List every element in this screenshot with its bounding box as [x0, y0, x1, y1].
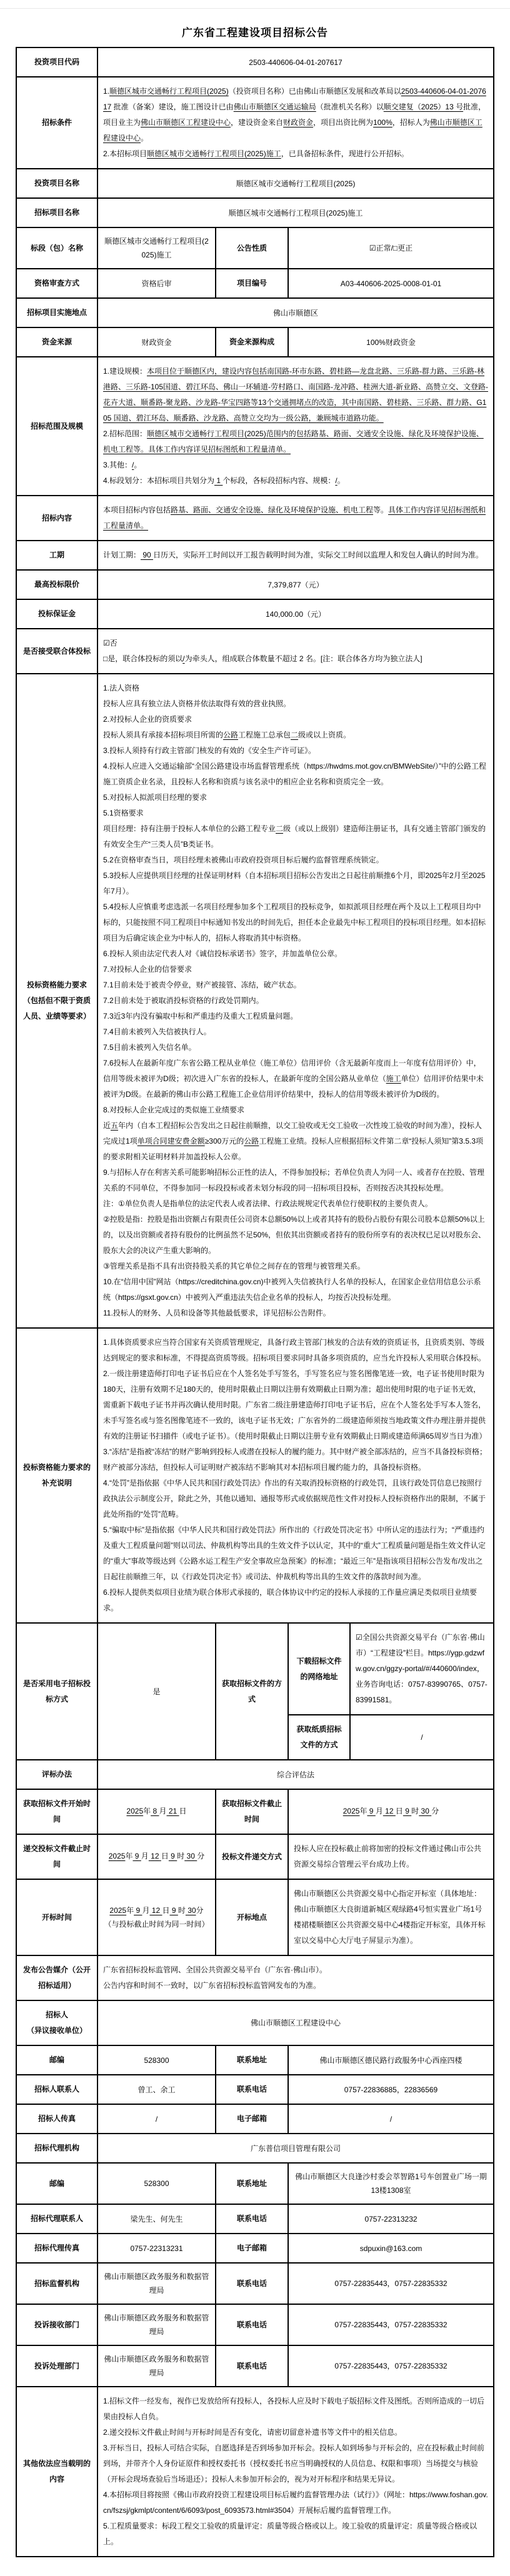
investment-code-label: 投资项目代码: [16, 47, 97, 77]
row-supervisor: 招标监督机构 佛山市顺德区政务服务和数据管理局 联系电话 0757-228354…: [16, 2263, 494, 2304]
section-name-value: 顺德区城市交通畅行工程项目(2025)施工: [97, 227, 216, 269]
qualification-review-label: 资格审查方式: [16, 269, 97, 298]
funding-value: 财政资金: [97, 327, 216, 357]
agency-postcode-value: 528300: [97, 2163, 216, 2204]
agency-email-value: sdpuxin@163.com: [288, 2234, 494, 2263]
location-value: 佛山市顺德区: [97, 298, 494, 327]
tender-announcement-table: 投资项目代码 2503-440606-04-01-207617 招标条件 1.顺…: [16, 47, 494, 2557]
row-max-price: 最高投标限价 7,379,877（元）: [16, 570, 494, 599]
paper-method-value: /: [350, 1715, 494, 1760]
e-bidding-value: 是: [97, 1623, 216, 1760]
agency-value: 广东普信项目管理有限公司: [97, 2134, 494, 2163]
row-funding: 资金来源 财政资金 资金来源构成 100%财政资金: [16, 327, 494, 357]
bid-bond-label: 投标保证金: [16, 599, 97, 629]
agency-fax-label: 招标代理传真: [16, 2234, 97, 2263]
open-place-value: 佛山市顺德区公共资源交易中心指定开标室（具体地址：佛山市顺德区大良街道新城区观绿…: [288, 1879, 494, 1955]
tenderer-email-label: 电子邮箱: [216, 2104, 288, 2134]
row-scope: 招标范围及规模 1.建设规模：本项目位于顺德区内，建设内容包括南国路-环市东路、…: [16, 357, 494, 496]
tenderer-label: 招标人（异议接收单位）: [16, 2000, 97, 2045]
location-label: 招标项目实施地点: [16, 298, 97, 327]
qualification-requirements-label: 投标资格能力要求（包括但不限于资质人员、业绩等要求）: [16, 674, 97, 1328]
tenderer-postcode-label: 邮编: [16, 2045, 97, 2075]
tenderer-fax-label: 招标人传真: [16, 2104, 97, 2134]
row-tender-project-name: 招标项目名称 顺德区城市交通畅行工程项目(2025)施工: [16, 198, 494, 227]
row-consortium: 是否接受联合体投标 ☑否□是，联合体投标的须以/为牵头人，组成联合体数量不超过 …: [16, 629, 494, 674]
complaint-handle-label: 投诉处理部门: [16, 2345, 97, 2387]
obtain-start-label: 获取招标文件开始时间: [16, 1789, 97, 1834]
complaint-receive-label: 投诉接收部门: [16, 2304, 97, 2345]
qualification-requirements-text: 1.法人资格投标人应具有独立法人资格并依法取得有效的营业执照。2.对投标人企业的…: [97, 674, 494, 1328]
tenderer-phone-label: 联系电话: [216, 2075, 288, 2104]
max-price-value: 7,379,877（元）: [97, 570, 494, 599]
media-label: 发布公告媒介（公开招标适用）: [16, 1955, 97, 2000]
supervisor-label: 招标监督机构: [16, 2263, 97, 2304]
complaint-receive-phone-value: 0757-22835443，0757-22835332: [288, 2304, 494, 2345]
supervisor-phone-label: 联系电话: [216, 2263, 288, 2304]
row-complaint-receive: 投诉接收部门 佛山市顺德区政务服务和数据管理局 联系电话 0757-228354…: [16, 2304, 494, 2345]
row-other-content: 其他依法应当载明的内容 1.招标文件一经发布，视作已发放给所有投标人，各投标人应…: [16, 2387, 494, 2557]
row-submit-deadline: 递交投标文件截止时间 2025年 9 月 12 日 9 时 30 分 投标文件递…: [16, 1834, 494, 1879]
project-number-value: A03-440606-2025-0008-01-01: [288, 269, 494, 298]
qualification-supplement-label: 投标资格能力要求的补充说明: [16, 1328, 97, 1623]
row-evaluation-method: 评标办法 综合评估法: [16, 1760, 494, 1789]
open-place-label: 开标地点: [216, 1879, 288, 1955]
row-investment-name: 投资项目名称 顺德区城市交通畅行工程项目(2025): [16, 169, 494, 198]
row-qualification-review: 资格审查方式 资格后审 项目编号 A03-440606-2025-0008-01…: [16, 269, 494, 298]
funding-composition-value: 100%财政资金: [288, 327, 494, 357]
scope-label: 招标范围及规模: [16, 357, 97, 496]
open-time-value: 2025年 9 月 12 日 9 时 30分（与投标截止时间为同一时间）: [97, 1879, 216, 1955]
row-location: 招标项目实施地点 佛山市顺德区: [16, 298, 494, 327]
row-section-name: 标段（包）名称 顺德区城市交通畅行工程项目(2025)施工 公告性质 ☑正常/□…: [16, 227, 494, 269]
row-media: 发布公告媒介（公开招标适用） 广东省招标投标监管网、全国公共资源交易平台（广东省…: [16, 1955, 494, 2000]
download-address-label: 下载招标文件的网络地址: [288, 1623, 350, 1715]
row-e-bidding: 是否采用电子招标投标方式 是 获取招标文件的方式 下载招标文件的网络地址 ☑全国…: [16, 1623, 494, 1715]
tenderer-contact-label: 招标人联系人: [16, 2075, 97, 2104]
complaint-handle-phone-label: 联系电话: [216, 2345, 288, 2387]
evaluation-method-label: 评标办法: [16, 1760, 97, 1789]
supervisor-value: 佛山市顺德区政务服务和数据管理局: [97, 2263, 216, 2304]
agency-address-value: 佛山市顺德区大良逢沙村委会萃智路1号车创置业广场一期13楼1308室: [288, 2163, 494, 2204]
row-tender-conditions: 招标条件 1.顺德区城市交通畅行工程项目(2025)（投资项目名称）已由佛山市顺…: [16, 77, 494, 169]
tender-content-text: 本项目招标内容包括路基、路面、交通安全设施、绿化及环境保护设施、机电工程等。具体…: [97, 496, 494, 541]
tender-conditions-text: 1.顺德区城市交通畅行工程项目(2025)（投资项目名称）已由佛山市顺德区发展和…: [97, 77, 494, 169]
row-tenderer-fax: 招标人传真 / 电子邮箱 /: [16, 2104, 494, 2134]
row-bid-bond: 投标保证金 140,000.00（元）: [16, 599, 494, 629]
row-duration: 工期 计划工期： 90 日历天，实际开工时间以开工报告载明时间为准，实际交工时间…: [16, 541, 494, 570]
agency-phone-value: 0757-22313232: [288, 2204, 494, 2234]
complaint-receive-phone-label: 联系电话: [216, 2304, 288, 2345]
tenderer-contact-value: 曾工、余工: [97, 2075, 216, 2104]
tenderer-value: 佛山市顺德区工程建设中心: [97, 2000, 494, 2045]
row-investment-code: 投资项目代码 2503-440606-04-01-207617: [16, 47, 494, 77]
qualification-supplement-text: 1.具体资质要求应当符合国家有关资质管理规定，具备行政主管部门核发的合法有效的资…: [97, 1328, 494, 1623]
row-tenderer-contact: 招标人联系人 曾工、余工 联系电话 0757-22836885，22836569: [16, 2075, 494, 2104]
row-tender-content: 招标内容 本项目招标内容包括路基、路面、交通安全设施、绿化及环境保护设施、机电工…: [16, 496, 494, 541]
section-name-label: 标段（包）名称: [16, 227, 97, 269]
consortium-text: ☑否□是，联合体投标的须以/为牵头人，组成联合体数量不超过 2 名。[注：联合体…: [97, 629, 494, 674]
submit-deadline-label: 递交投标文件截止时间: [16, 1834, 97, 1879]
submit-deadline-value: 2025年 9 月 12 日 9 时 30 分: [97, 1834, 216, 1879]
obtain-start-value: 2025年 8 月 21 日: [97, 1789, 216, 1834]
complaint-handle-value: 佛山市顺德区政务服务和数据管理局: [97, 2345, 216, 2387]
row-obtain-time: 获取招标文件开始时间 2025年 8 月 21 日 获取招标文件截止时间 202…: [16, 1789, 494, 1834]
investment-name-value: 顺德区城市交通畅行工程项目(2025): [97, 169, 494, 198]
other-content-text: 1.招标文件一经发布，视作已发放给所有投标人，各投标人应及时下载电子版招标文件及…: [97, 2387, 494, 2557]
tender-conditions-label: 招标条件: [16, 77, 97, 169]
tenderer-postcode-value: 528300: [97, 2045, 216, 2075]
page-title: 广东省工程建设项目招标公告: [0, 24, 510, 39]
tender-project-name-value: 顺德区城市交通畅行工程项目(2025)施工: [97, 198, 494, 227]
consortium-label: 是否接受联合体投标: [16, 629, 97, 674]
row-agency-postcode: 邮编 528300 联系地址 佛山市顺德区大良逢沙村委会萃智路1号车创置业广场一…: [16, 2163, 494, 2204]
row-complaint-handle: 投诉处理部门 佛山市顺德区政务服务和数据管理局 联系电话 0757-228354…: [16, 2345, 494, 2387]
bid-bond-value: 140,000.00（元）: [97, 599, 494, 629]
max-price-label: 最高投标限价: [16, 570, 97, 599]
submit-method-label: 投标文件递交方式: [216, 1834, 288, 1879]
page-top-rule: [0, 8, 510, 9]
investment-name-label: 投资项目名称: [16, 169, 97, 198]
evaluation-method-value: 综合评估法: [97, 1760, 494, 1789]
notice-nature-label: 公告性质: [216, 227, 288, 269]
paper-method-label: 获取纸质招标文件的方式: [288, 1715, 350, 1760]
tenderer-address-label: 联系地址: [216, 2045, 288, 2075]
row-agency: 招标代理机构 广东普信项目管理有限公司: [16, 2134, 494, 2163]
row-tenderer: 招标人（异议接收单位） 佛山市顺德区工程建设中心: [16, 2000, 494, 2045]
duration-text: 计划工期： 90 日历天，实际开工时间以开工报告载明时间为准，实际交工时间以监理…: [97, 541, 494, 570]
supervisor-phone-value: 0757-22835443，0757-22835332: [288, 2263, 494, 2304]
download-address-value: ☑全国公共资源交易平台（广东省·佛山市）“工程建设”栏目。https://ygp…: [350, 1623, 494, 1715]
row-agency-contact: 招标代理联系人 梁先生、何先生 联系电话 0757-22313232: [16, 2204, 494, 2234]
row-agency-fax: 招标代理传真 0757-22313231 电子邮箱 sdpuxin@163.co…: [16, 2234, 494, 2263]
obtain-end-label: 获取招标文件截止时间: [216, 1789, 288, 1834]
qualification-review-value: 资格后审: [97, 269, 216, 298]
complaint-handle-phone-value: 0757-22835443，0757-22835332: [288, 2345, 494, 2387]
tenderer-phone-value: 0757-22836885，22836569: [288, 2075, 494, 2104]
notice-nature-value: ☑正常/□更正: [288, 227, 494, 269]
row-qualification-supplement: 投标资格能力要求的补充说明 1.具体资质要求应当符合国家有关资质管理规定，具备行…: [16, 1328, 494, 1623]
scope-text: 1.建设规模：本项目位于顺德区内，建设内容包括南国路-环市东路、碧桂路—龙盘北路…: [97, 357, 494, 496]
agency-contact-label: 招标代理联系人: [16, 2204, 97, 2234]
investment-code-value: 2503-440606-04-01-207617: [97, 47, 494, 77]
complaint-receive-value: 佛山市顺德区政务服务和数据管理局: [97, 2304, 216, 2345]
agency-phone-label: 联系电话: [216, 2204, 288, 2234]
agency-postcode-label: 邮编: [16, 2163, 97, 2204]
submit-method-value: 投标人应在投标截止前将加密的投标文件通过佛山市公共资源交易综合管理云平台成功上传…: [288, 1834, 494, 1879]
e-bidding-label: 是否采用电子招标投标方式: [16, 1623, 97, 1760]
obtain-method-label: 获取招标文件的方式: [216, 1623, 288, 1760]
tenderer-fax-value: /: [97, 2104, 216, 2134]
agency-label: 招标代理机构: [16, 2134, 97, 2163]
agency-email-label: 电子邮箱: [216, 2234, 288, 2263]
other-content-label: 其他依法应当载明的内容: [16, 2387, 97, 2557]
obtain-end-value: 2025年 9 月 12 日 9 时 30 分: [288, 1789, 494, 1834]
agency-address-label: 联系地址: [216, 2163, 288, 2204]
tender-content-label: 招标内容: [16, 496, 97, 541]
tenderer-email-value: /: [288, 2104, 494, 2134]
open-time-label: 开标时间: [16, 1879, 97, 1955]
funding-label: 资金来源: [16, 327, 97, 357]
media-text: 广东省招标投标监管网、全国公共资源交易平台（广东省·佛山市）。公告内容和时间不一…: [97, 1955, 494, 2000]
tender-project-name-label: 招标项目名称: [16, 198, 97, 227]
duration-label: 工期: [16, 541, 97, 570]
row-qualification-requirements: 投标资格能力要求（包括但不限于资质人员、业绩等要求） 1.法人资格投标人应具有独…: [16, 674, 494, 1328]
agency-fax-value: 0757-22313231: [97, 2234, 216, 2263]
agency-contact-value: 梁先生、何先生: [97, 2204, 216, 2234]
row-tenderer-postcode: 邮编 528300 联系地址 佛山市顺德区德民路行政服务中心西座四楼: [16, 2045, 494, 2075]
funding-composition-label: 资金来源构成: [216, 327, 288, 357]
tenderer-address-value: 佛山市顺德区德民路行政服务中心西座四楼: [288, 2045, 494, 2075]
project-number-label: 项目编号: [216, 269, 288, 298]
row-opening: 开标时间 2025年 9 月 12 日 9 时 30分（与投标截止时间为同一时间…: [16, 1879, 494, 1955]
